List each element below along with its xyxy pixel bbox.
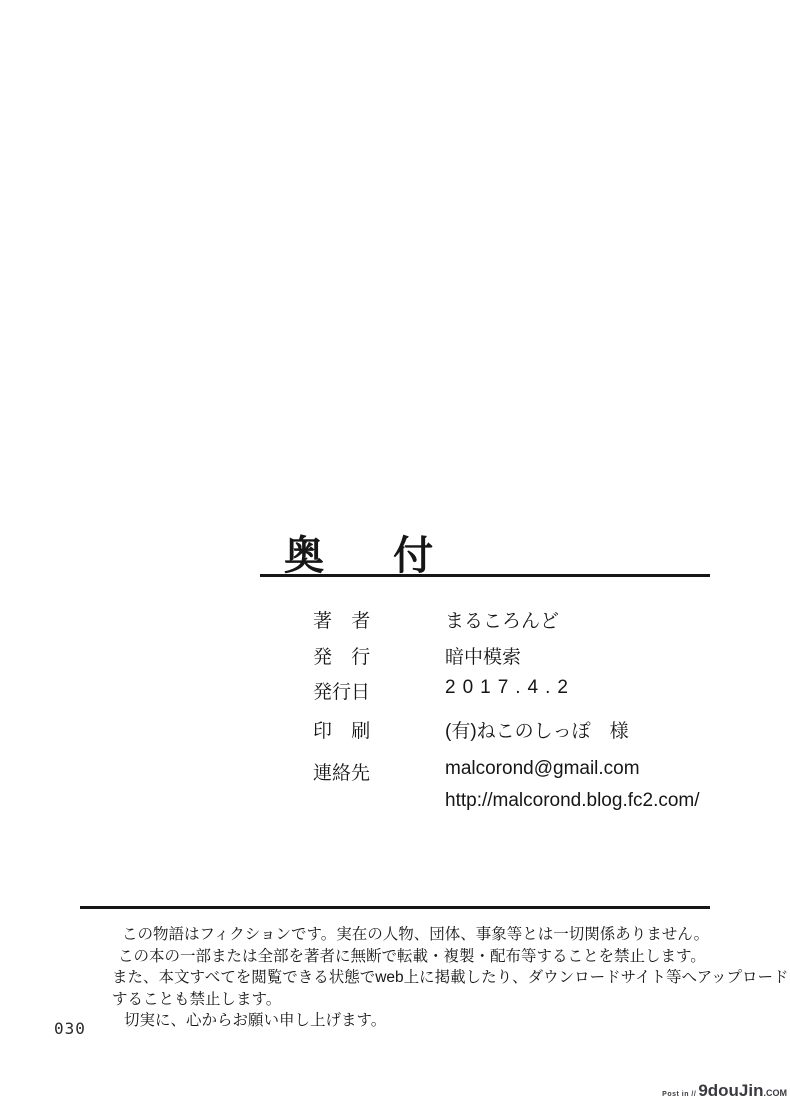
disclaimer-line: 切実に、心からお願い申し上げます。 <box>80 1010 740 1032</box>
printer-value: (有)ねこのしっぽ 様 <box>445 716 629 743</box>
watermark-tld: .com <box>764 1088 788 1098</box>
publisher-value: 暗中模索 <box>445 642 521 669</box>
author-value: まるころんど <box>445 606 559 633</box>
disclaimer-text: この物語はフィクションです。実在の人物、団体、事象等とは一切関係ありません。 こ… <box>80 924 740 1032</box>
website-label <box>313 790 445 812</box>
title-divider <box>260 574 710 577</box>
website-url: http://malcorond.blog.fc2.com/ <box>445 790 700 812</box>
page-number: 030 <box>54 1019 86 1038</box>
colophon-page: 奥 付 著 者 まるころんど 発 行 暗中模索 発行日 2017.4.2 印 刷… <box>0 0 790 1105</box>
disclaimer-line: することも禁止します。 <box>80 989 740 1011</box>
colophon-row-author: 著 者 まるころんど <box>313 606 559 633</box>
colophon-row-contact: 連絡先 malcorond@gmail.com <box>313 758 640 785</box>
disclaimer-line: この物語はフィクションです。実在の人物、団体、事象等とは一切関係ありません。 <box>80 924 740 946</box>
publish-date-label: 発行日 <box>313 677 445 704</box>
watermark: Post in // 9douJin .com <box>662 1081 787 1101</box>
colophon-row-publisher: 発 行 暗中模索 <box>313 642 521 669</box>
watermark-prefix: Post in // <box>662 1091 696 1098</box>
contact-label: 連絡先 <box>313 758 445 785</box>
colophon-row-publish-date: 発行日 2017.4.2 <box>313 677 575 704</box>
printer-label: 印 刷 <box>313 716 445 743</box>
page-title: 奥 付 <box>284 524 434 581</box>
publisher-label: 発 行 <box>313 642 445 669</box>
disclaimer-divider <box>80 906 710 909</box>
colophon-row-website: http://malcorond.blog.fc2.com/ <box>313 790 700 812</box>
publish-date-value: 2017.4.2 <box>445 677 575 704</box>
author-label: 著 者 <box>313 606 445 633</box>
colophon-row-printer: 印 刷 (有)ねこのしっぽ 様 <box>313 716 629 743</box>
disclaimer-line: この本の一部または全部を著者に無断で転載・複製・配布等することを禁止します。 <box>80 946 740 968</box>
watermark-site-name: 9douJin <box>698 1081 763 1101</box>
disclaimer-line: また、本文すべてを閲覧できる状態でweb上に掲載したり、ダウンロードサイト等へア… <box>80 967 740 989</box>
contact-email: malcorond@gmail.com <box>445 758 640 785</box>
